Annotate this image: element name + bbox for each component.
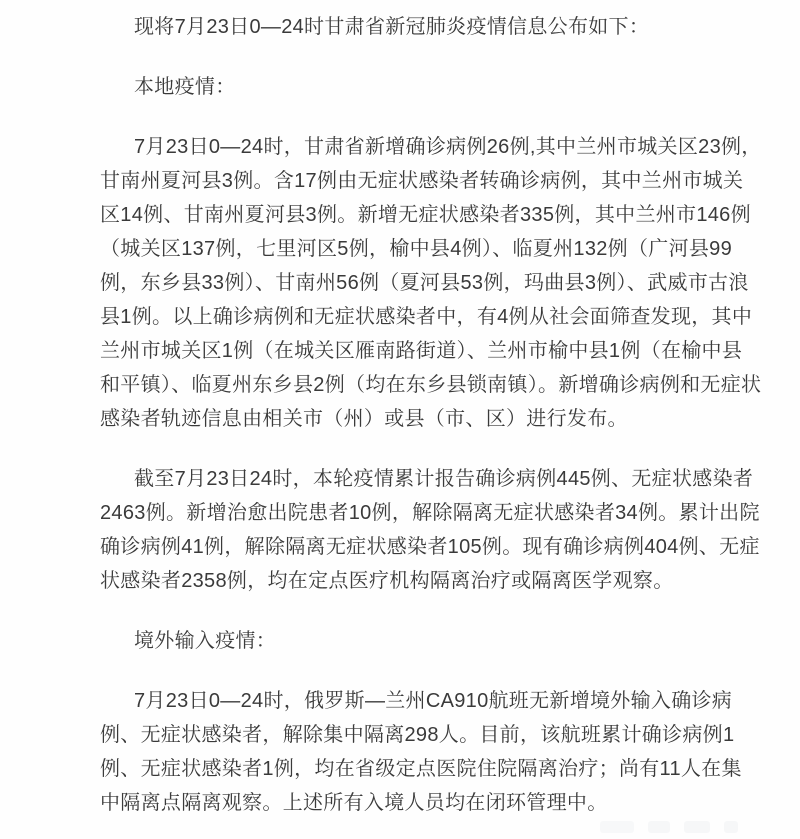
- local-new-cases-paragraph: 7月23日0—24时，甘肃省新增确诊病例26例,其中兰州市城关区23例，甘南州夏…: [100, 130, 762, 436]
- section-local-heading: 本地疫情：: [100, 70, 762, 104]
- article-body: 现将7月23日0—24时甘肃省新冠肺炎疫情信息公布如下： 本地疫情： 7月23日…: [100, 10, 762, 820]
- watermark-mark: [600, 821, 634, 833]
- intro-line: 现将7月23日0—24时甘肃省新冠肺炎疫情信息公布如下：: [100, 10, 762, 44]
- section-imported-heading: 境外输入疫情：: [100, 624, 762, 658]
- watermark-mark: [684, 821, 710, 833]
- local-cumulative-paragraph: 截至7月23日24时，本轮疫情累计报告确诊病例445例、无症状感染者2463例。…: [100, 462, 762, 598]
- imported-cases-paragraph: 7月23日0—24时，俄罗斯—兰州CA910航班无新增境外输入确诊病例、无症状感…: [100, 684, 762, 820]
- watermark-mark: [724, 821, 738, 833]
- watermark-mark: [648, 821, 670, 833]
- watermark: [600, 821, 738, 833]
- article-page: 现将7月23日0—24时甘肃省新冠肺炎疫情信息公布如下： 本地疫情： 7月23日…: [0, 0, 800, 839]
